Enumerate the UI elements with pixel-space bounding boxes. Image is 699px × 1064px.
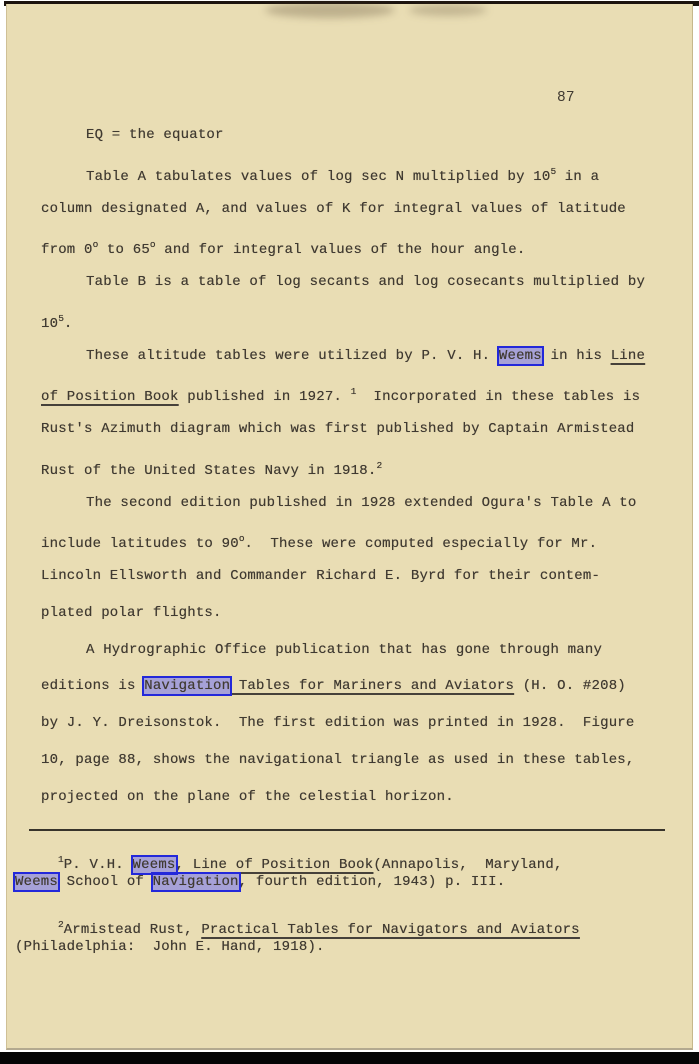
text-segment: A Hydrographic Office publication that h… bbox=[86, 642, 602, 658]
text-line: 105. bbox=[41, 301, 674, 338]
text-line: These altitude tables were utilized by P… bbox=[41, 338, 674, 375]
text-line: editions is Navigation Tables for Marine… bbox=[41, 668, 674, 705]
text-line: 2Armistead Rust, Practical Tables for Na… bbox=[15, 913, 674, 936]
scanned-document-view: 87 EQ = the equatorTable A tabulates val… bbox=[0, 0, 699, 1064]
text-line: (Philadelphia: John E. Hand, 1918). bbox=[15, 936, 674, 959]
text-line: EQ = the equator bbox=[41, 117, 674, 154]
text-line: Weems School of Navigation, fourth editi… bbox=[15, 871, 674, 894]
text-segment: . bbox=[64, 316, 73, 332]
underlined-title: of Position Book bbox=[41, 389, 179, 405]
text-segment: Rust's Azimuth diagram which was first p… bbox=[41, 421, 635, 437]
text-segment: plated polar flights. bbox=[41, 605, 222, 621]
text-segment: in a bbox=[556, 169, 599, 185]
text-line: Table B is a table of log secants and lo… bbox=[41, 264, 674, 301]
text-line: of Position Book published in 1927. 1 In… bbox=[41, 374, 674, 411]
text-segment: 10 bbox=[41, 316, 58, 332]
text-segment: EQ = the equator bbox=[86, 127, 224, 143]
text-line: plated polar flights. bbox=[41, 595, 674, 632]
text-segment: (H. O. #208) bbox=[514, 678, 626, 694]
text-segment: from 0 bbox=[41, 242, 93, 258]
text-segment: Lincoln Ellsworth and Commander Richard … bbox=[41, 568, 600, 584]
text-segment: 10, page 88, shows the navigational tria… bbox=[41, 752, 635, 768]
text-line: 10, page 88, shows the navigational tria… bbox=[41, 742, 674, 779]
text-segment: in his bbox=[542, 348, 611, 364]
text-line: Table A tabulates values of log sec N mu… bbox=[41, 154, 674, 191]
text-segment: , fourth edition, 1943) p. III. bbox=[239, 874, 506, 890]
text-segment: (Philadelphia: John E. Hand, 1918). bbox=[15, 939, 325, 955]
footnote: 2Armistead Rust, Practical Tables for Na… bbox=[15, 913, 674, 959]
text-line: from 0o to 65o and for integral values o… bbox=[41, 227, 674, 264]
page-number: 87 bbox=[557, 90, 575, 106]
text-line: include latitudes to 90o. These were com… bbox=[41, 521, 674, 558]
text-segment: Incorporated in these tables is bbox=[356, 389, 640, 405]
text-segment: School of bbox=[58, 874, 153, 890]
text-segment: projected on the plane of the celestial … bbox=[41, 789, 454, 805]
superscript: 2 bbox=[376, 460, 382, 471]
underlined-title: Tables for Mariners and Aviators bbox=[230, 678, 514, 694]
text-line: 1P. V.H. Weems, Line of Position Book(An… bbox=[15, 848, 674, 871]
text-segment: These altitude tables were utilized by P… bbox=[86, 348, 499, 364]
text-segment: and for integral values of the hour angl… bbox=[156, 242, 526, 258]
text-line: Lincoln Ellsworth and Commander Richard … bbox=[41, 558, 674, 595]
text-line: Rust's Azimuth diagram which was first p… bbox=[41, 411, 674, 448]
footnote-section: 1P. V.H. Weems, Line of Position Book(An… bbox=[15, 848, 674, 959]
text-segment: include latitudes to 90 bbox=[41, 536, 239, 552]
search-highlight[interactable]: Weems bbox=[15, 874, 58, 890]
underlined-title: Line bbox=[611, 348, 645, 364]
footnote: 1P. V.H. Weems, Line of Position Book(An… bbox=[15, 848, 674, 894]
text-line: column designated A, and values of K for… bbox=[41, 191, 674, 228]
text-segment: to 65 bbox=[98, 242, 150, 258]
search-highlight[interactable]: Navigation bbox=[144, 678, 230, 694]
text-line: A Hydrographic Office publication that h… bbox=[41, 632, 674, 669]
scanned-page: 87 EQ = the equatorTable A tabulates val… bbox=[6, 4, 693, 1050]
text-line: The second edition published in 1928 ext… bbox=[41, 485, 674, 522]
search-highlight[interactable]: Weems bbox=[499, 348, 542, 364]
search-highlight[interactable]: Navigation bbox=[153, 874, 239, 890]
text-segment: Rust of the United States Navy in 1918. bbox=[41, 463, 376, 479]
text-segment: The second edition published in 1928 ext… bbox=[86, 495, 637, 511]
scan-smudge bbox=[265, 2, 395, 18]
text-segment: column designated A, and values of K for… bbox=[41, 201, 626, 217]
text-segment: Table B is a table of log secants and lo… bbox=[86, 274, 645, 290]
text-segment: . These were computed especially for Mr. bbox=[245, 536, 598, 552]
text-segment: by J. Y. Dreisonstok. The first edition … bbox=[41, 715, 635, 731]
text-line: by J. Y. Dreisonstok. The first edition … bbox=[41, 705, 674, 742]
text-segment: editions is bbox=[41, 678, 144, 694]
text-segment: Table A tabulates values of log sec N mu… bbox=[86, 169, 550, 185]
document-body: EQ = the equatorTable A tabulates values… bbox=[41, 117, 674, 815]
footnote-separator bbox=[29, 829, 665, 831]
text-segment: published in 1927. bbox=[179, 389, 351, 405]
scan-edge-bottom bbox=[0, 1052, 699, 1064]
text-line: Rust of the United States Navy in 1918.2 bbox=[41, 448, 674, 485]
scan-smudge bbox=[409, 4, 487, 16]
text-line: projected on the plane of the celestial … bbox=[41, 779, 674, 816]
